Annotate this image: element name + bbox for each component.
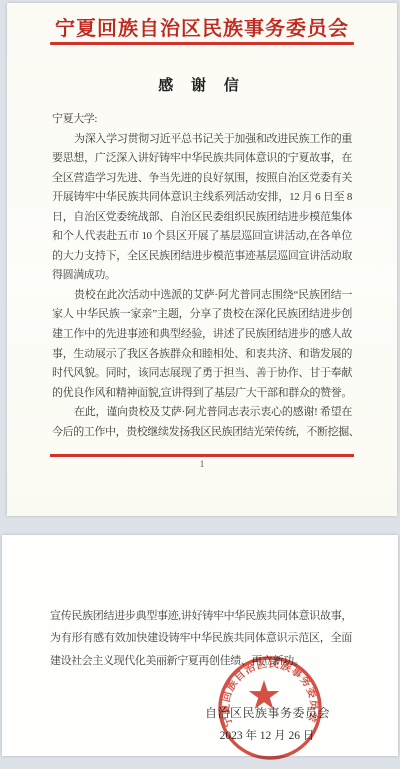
body-line: 事，生动展示了我区各族群众和睦相处、和衷共济、和谐发展的 xyxy=(52,345,352,365)
document-viewer: 宁夏回族自治区民族事务委员会 感 谢 信 宁夏大学: 为深入学习贯彻习近平总书记… xyxy=(0,0,400,769)
body-line: 的优良作风和精神面貌,宣讲得到了基层广大干部和群众的赞誉。 xyxy=(52,384,352,404)
letter-page-2: 宣传民族团结进步典型事迹,讲好铸牢中华民族共同体意识故事， 为有形有感有效加快建… xyxy=(2,535,398,756)
star-icon xyxy=(249,680,279,709)
body-line: 日，自治区党委统战部、自治区民委组织民族团结进步模范集体 xyxy=(52,208,352,228)
letter-title: 感 谢 信 xyxy=(7,74,397,95)
body-line: 和个人代表赴五市 10 个县区开展了基层巡回宣讲活动,在各单位 xyxy=(52,227,352,247)
body-line: 为深入学习贯彻习近平总书记关于加强和改进民族工作的重 xyxy=(52,130,352,150)
body-line: 得圆满成功。 xyxy=(52,266,352,286)
body-line: 时代风貌。同时，该同志展现了勇于担当、善于协作、甘于奉献 xyxy=(52,364,352,384)
body-line: 为有形有感有效加快建设铸牢中华民族共同体意识示范区，全面 xyxy=(50,627,352,649)
body-line: 今后的工作中，贵校继续发扬我区民族团结光荣传统，不断挖掘、 xyxy=(52,423,352,443)
letter-page-1: 宁夏回族自治区民族事务委员会 感 谢 信 宁夏大学: 为深入学习贯彻习近平总书记… xyxy=(7,3,397,516)
body-line: 在此，谨向贵校及艾萨·阿尤普同志表示衷心的感谢! 希望在 xyxy=(52,403,352,423)
body-line: 贵校在此次活动中选派的艾萨·阿尤普同志围绕“民族团结一 xyxy=(52,286,352,306)
letterhead-rule xyxy=(50,42,354,45)
letterhead-org-name: 宁夏回族自治区民族事务委员会 xyxy=(7,12,397,41)
body-line: 宣传民族团结进步典型事迹,讲好铸牢中华民族共同体意识故事， xyxy=(50,605,352,627)
body-line: 要思想，广泛深入讲好铸牢中华民族共同体意识的宁夏故事，在 xyxy=(52,149,352,169)
footer-rule xyxy=(50,454,354,457)
official-seal: 宁夏回族自治区民族事务委员会 xyxy=(216,654,324,762)
page-number: 1 xyxy=(7,459,397,469)
body-line: 的大力支持下，全区民族团结进步模范事迹基层巡回宣讲活动取 xyxy=(52,247,352,267)
body-line: 家人 中华民族一家亲”主题，分享了贵校在深化民族团结进步创 xyxy=(52,305,352,325)
letter-body-page1: 宁夏大学: 为深入学习贯彻习近平总书记关于加强和改进民族工作的重 要思想，广泛深… xyxy=(52,110,352,442)
seal-ring xyxy=(220,658,320,758)
body-line: 建工作中的先进事迹和典型经验，讲述了民族团结进步的感人故 xyxy=(52,325,352,345)
body-line: 全区营造学习先进、争当先进的良好氛围，按照自治区党委有关 xyxy=(52,169,352,189)
body-line: 开展铸牢中华民族共同体意识主线系列活动安排，12 月 6 日至 8 xyxy=(52,188,352,208)
recipient-line: 宁夏大学: xyxy=(52,110,352,130)
